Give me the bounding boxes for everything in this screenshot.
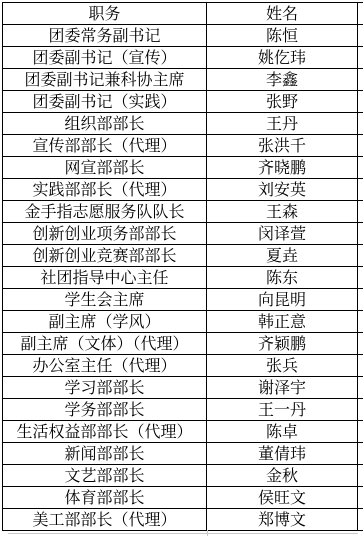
name-cell: 张野 <box>207 91 358 113</box>
overflow-cell <box>358 421 363 443</box>
overflow-cell <box>358 113 363 135</box>
name-cell: 郑博文 <box>207 509 358 531</box>
position-cell: 团委副书记兼科协主席 <box>3 69 207 91</box>
table-row: 生活权益部部长（代理） 陈卓 <box>3 421 363 443</box>
name-cell: 姚仡玮 <box>207 47 358 69</box>
table-row: 办公室主任（代理） 张兵 <box>3 355 363 377</box>
position-cell: 学习部部长 <box>3 377 207 399</box>
position-cell: 团委副书记（宣传） <box>3 47 207 69</box>
position-cell: 体育部部长 <box>3 487 207 509</box>
overflow-cell <box>358 289 363 311</box>
position-cell: 宣传部部长（代理） <box>3 135 207 157</box>
overflow-cell <box>358 487 363 509</box>
table-row: 团委副书记兼科协主席 李鑫 <box>3 69 363 91</box>
position-cell: 副主席（学风） <box>3 311 207 333</box>
name-cell: 向昆明 <box>207 289 358 311</box>
table-row: 创新创业竞赛部部长 夏垚 <box>3 245 363 267</box>
partial-gridline-vertical <box>207 530 208 536</box>
name-cell: 李鑫 <box>207 69 358 91</box>
position-cell: 社团指导中心主任 <box>3 267 207 289</box>
position-cell: 文艺部部长 <box>3 465 207 487</box>
name-cell: 刘安英 <box>207 179 358 201</box>
table-row: 团委常务副书记 陈恒 <box>3 25 363 47</box>
table-row: 副主席（文体）（代理） 齐颖鹏 <box>3 333 363 355</box>
table-row: 网宣部部长 齐晓鹏 <box>3 157 363 179</box>
position-cell: 团委常务副书记 <box>3 25 207 47</box>
table-row: 团委副书记（实践） 张野 <box>3 91 363 113</box>
overflow-cell <box>358 443 363 465</box>
table-row: 社团指导中心主任 陈东 <box>3 267 363 289</box>
table-row: 学务部部长 王一丹 <box>3 399 363 421</box>
overflow-cell <box>358 25 363 47</box>
partial-gridline-horizontal <box>8 533 358 534</box>
name-cell: 闵译萱 <box>207 223 358 245</box>
position-cell: 新闻部部长 <box>3 443 207 465</box>
overflow-cell <box>358 509 363 531</box>
overflow-cell <box>358 245 363 267</box>
name-cell: 侯旺文 <box>207 487 358 509</box>
name-cell: 金秋 <box>207 465 358 487</box>
position-cell: 学生会主席 <box>3 289 207 311</box>
name-column-header: 姓名 <box>207 3 358 25</box>
table-row: 创新创业项务部部长 闵译萱 <box>3 223 363 245</box>
position-column-header: 职务 <box>3 3 207 25</box>
name-cell: 王森 <box>207 201 358 223</box>
overflow-cell <box>358 91 363 113</box>
name-cell: 齐晓鹏 <box>207 157 358 179</box>
name-cell: 夏垚 <box>207 245 358 267</box>
name-cell: 陈东 <box>207 267 358 289</box>
table-row: 新闻部部长 董倩玮 <box>3 443 363 465</box>
overflow-cell <box>358 465 363 487</box>
position-cell: 实践部部长（代理） <box>3 179 207 201</box>
overflow-cell <box>358 377 363 399</box>
name-cell: 谢泽宇 <box>207 377 358 399</box>
position-cell: 团委副书记（实践） <box>3 91 207 113</box>
overflow-cell <box>358 311 363 333</box>
overflow-cell <box>358 135 363 157</box>
overflow-cell <box>358 3 363 25</box>
position-cell: 网宣部部长 <box>3 157 207 179</box>
position-cell: 副主席（文体）（代理） <box>3 333 207 355</box>
overflow-cell <box>358 399 363 421</box>
position-cell: 组织部部长 <box>3 113 207 135</box>
overflow-cell <box>358 267 363 289</box>
name-cell: 王一丹 <box>207 399 358 421</box>
overflow-cell <box>358 201 363 223</box>
overflow-cell <box>358 333 363 355</box>
overflow-cell <box>358 47 363 69</box>
table-row: 团委副书记（宣传） 姚仡玮 <box>3 47 363 69</box>
overflow-cell <box>358 157 363 179</box>
table-row: 文艺部部长 金秋 <box>3 465 363 487</box>
table-row: 实践部部长（代理） 刘安英 <box>3 179 363 201</box>
table-row: 体育部部长 侯旺文 <box>3 487 363 509</box>
table-row: 金手指志愿服务队队长 王森 <box>3 201 363 223</box>
name-cell: 张洪千 <box>207 135 358 157</box>
table-header-row: 职务 姓名 <box>3 3 363 25</box>
position-cell: 金手指志愿服务队队长 <box>3 201 207 223</box>
name-cell: 陈恒 <box>207 25 358 47</box>
staff-roster-table: 职务 姓名 团委常务副书记 陈恒 团委副书记（宣传） 姚仡玮 团委副书记兼科协主… <box>2 2 363 531</box>
name-cell: 韩正意 <box>207 311 358 333</box>
name-cell: 齐颖鹏 <box>207 333 358 355</box>
table-row: 组织部部长 王丹 <box>3 113 363 135</box>
overflow-cell <box>358 69 363 91</box>
overflow-cell <box>358 355 363 377</box>
name-cell: 张兵 <box>207 355 358 377</box>
name-cell: 王丹 <box>207 113 358 135</box>
table-row: 学生会主席 向昆明 <box>3 289 363 311</box>
name-cell: 董倩玮 <box>207 443 358 465</box>
position-cell: 办公室主任（代理） <box>3 355 207 377</box>
table-row: 学习部部长 谢泽宇 <box>3 377 363 399</box>
table-body: 团委常务副书记 陈恒 团委副书记（宣传） 姚仡玮 团委副书记兼科协主席 李鑫 团… <box>3 25 363 531</box>
position-cell: 美工部部长（代理） <box>3 509 207 531</box>
overflow-cell <box>358 223 363 245</box>
position-cell: 创新创业项务部部长 <box>3 223 207 245</box>
position-cell: 生活权益部部长（代理） <box>3 421 207 443</box>
position-cell: 学务部部长 <box>3 399 207 421</box>
position-cell: 创新创业竞赛部部长 <box>3 245 207 267</box>
table-row: 副主席（学风） 韩正意 <box>3 311 363 333</box>
name-cell: 陈卓 <box>207 421 358 443</box>
table-row: 宣传部部长（代理） 张洪千 <box>3 135 363 157</box>
table-row: 美工部部长（代理） 郑博文 <box>3 509 363 531</box>
overflow-cell <box>358 179 363 201</box>
table-row: 职务 姓名 <box>3 3 363 25</box>
